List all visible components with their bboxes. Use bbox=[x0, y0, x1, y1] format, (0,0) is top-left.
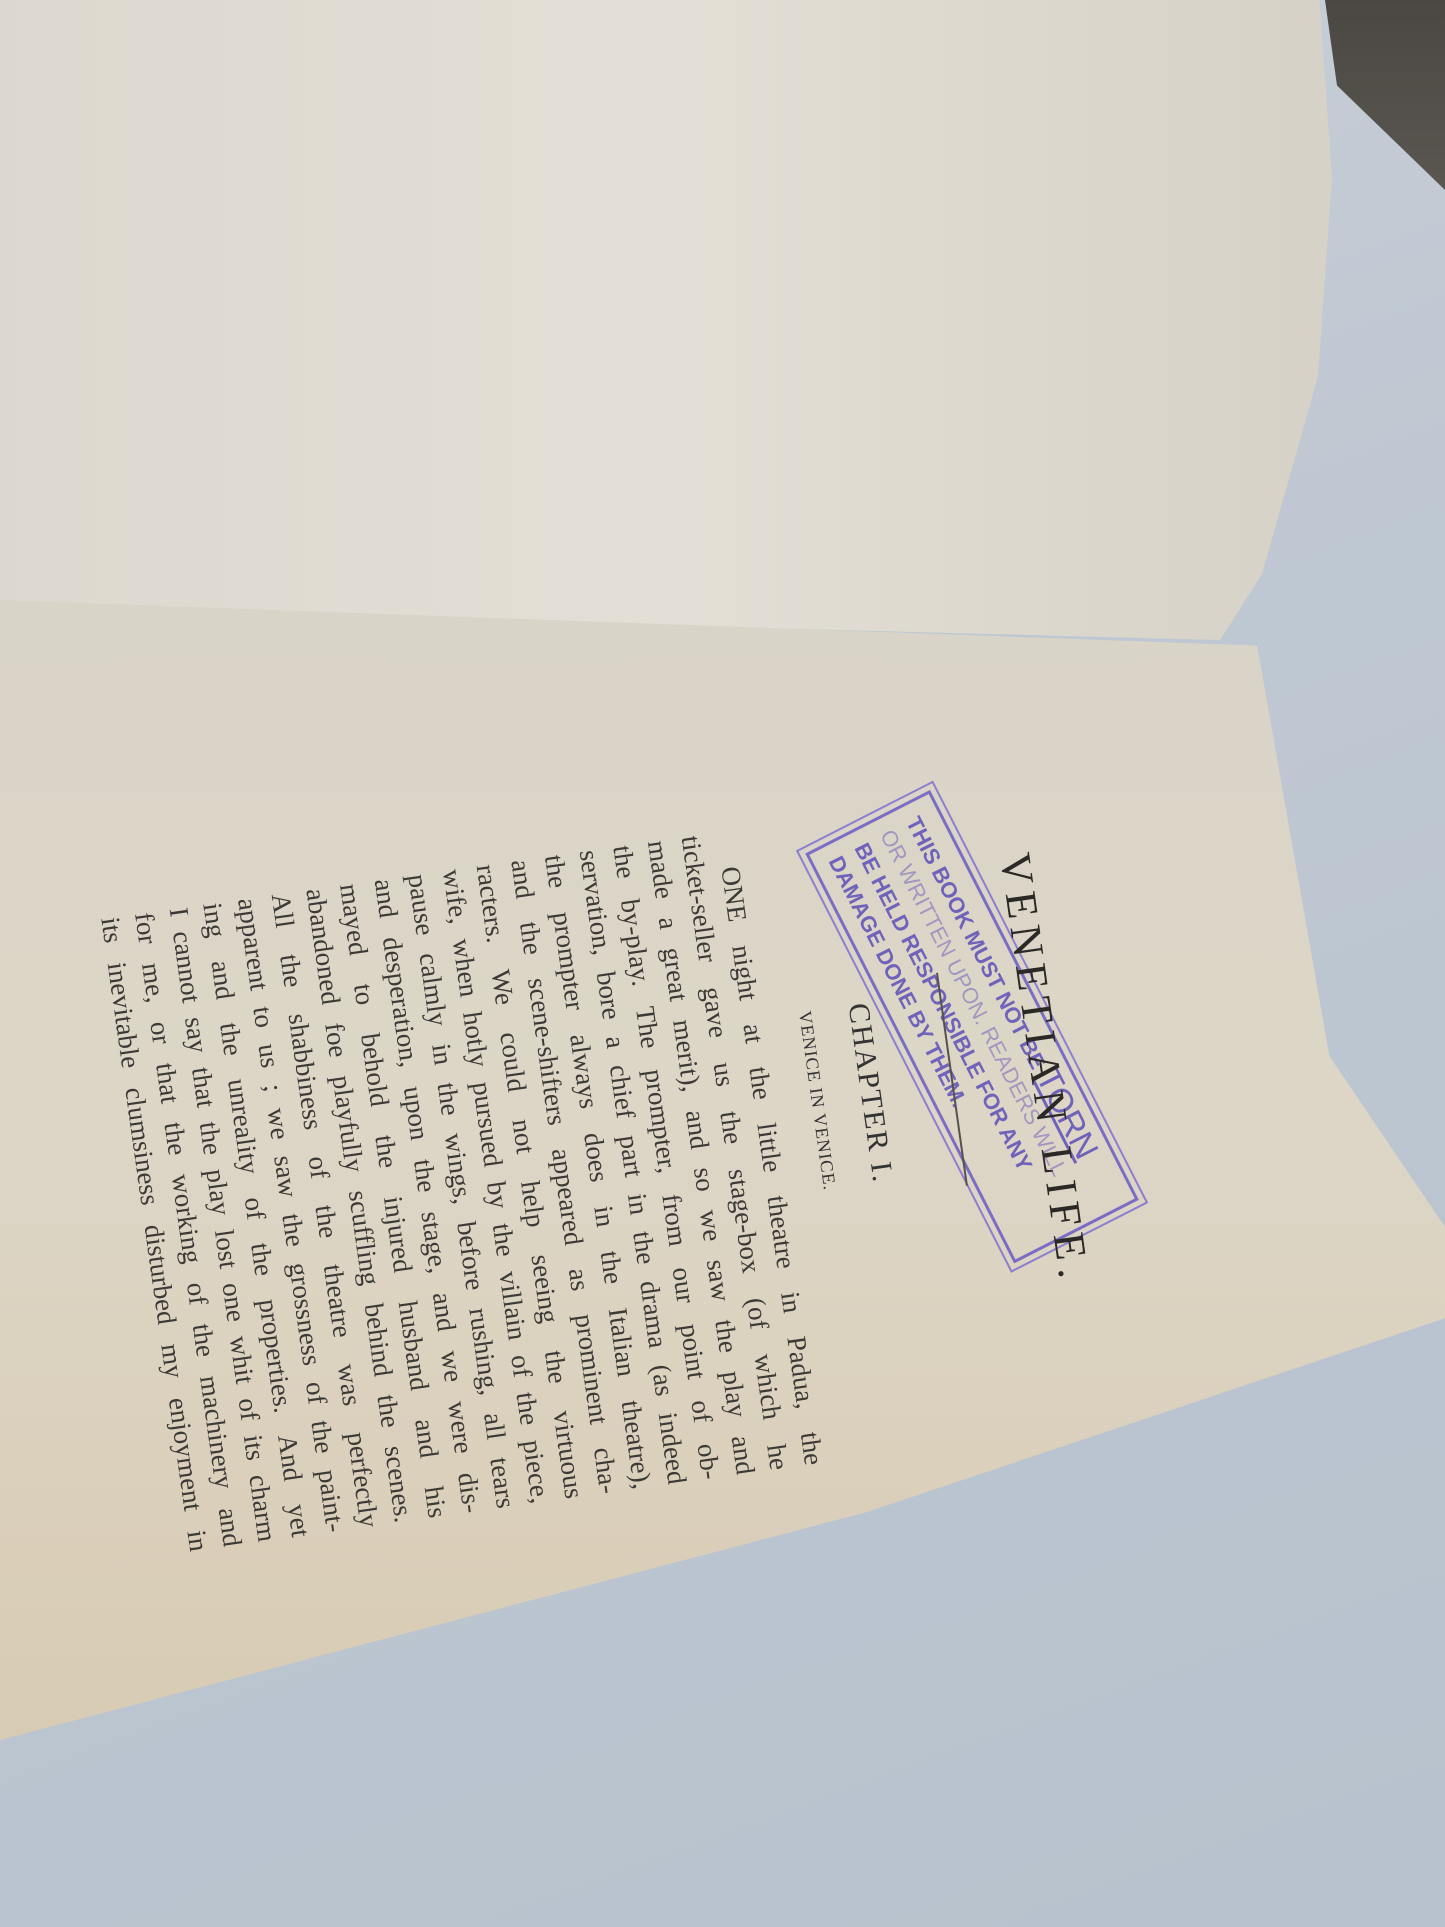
facing-blank-page bbox=[0, 0, 1360, 640]
title-rule-divider bbox=[936, 973, 968, 1186]
book-title: VENETIAN LIFE. bbox=[983, 808, 1106, 1330]
dark-object-corner bbox=[1325, 0, 1445, 190]
page-text-block: VENETIAN LIFE. CHAPTER I. VENICE IN VENI… bbox=[35, 740, 1190, 1640]
body-text: ONE night at the little theatre in Padua… bbox=[93, 829, 831, 1554]
